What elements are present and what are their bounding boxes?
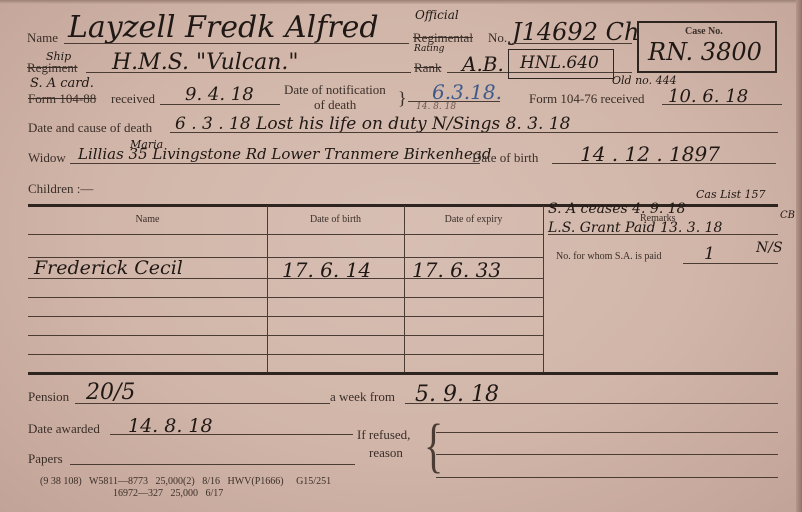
no-label: No. [488, 30, 507, 46]
official-annotation: Official [415, 8, 459, 22]
col-divider-3 [543, 206, 544, 372]
reason-brace: { [424, 410, 443, 481]
regiment-underline [86, 72, 411, 73]
form-104-76-label: Form 104-76 received [529, 91, 645, 107]
pension-underline [75, 403, 330, 404]
received-label: received [111, 91, 155, 107]
name-value: Layzell Fredk Alfred [68, 10, 379, 45]
sa-paid-value: 1 [704, 244, 715, 264]
case-label: Case No. [685, 26, 723, 37]
date-awarded-label: Date awarded [28, 421, 100, 437]
widow-dob-label: Date of birth [472, 150, 538, 166]
case-value: RN. 3800 [648, 38, 762, 66]
notification-sub-value: 14. 8. 18 [416, 102, 456, 112]
remarks-cb-annotation: CB [780, 210, 795, 221]
form-104-76-underline [662, 104, 782, 105]
papers-label: Papers [28, 451, 63, 467]
pension-record-card: Name Layzell Fredk Alfred Official Regim… [0, 0, 802, 512]
form-104-88-label: Form 104-88 [28, 91, 96, 107]
col-divider-2 [404, 206, 405, 372]
reason-line-3 [436, 477, 778, 478]
child-expiry: 17. 6. 33 [412, 258, 501, 282]
table-row-rule-3 [28, 297, 543, 298]
reason-line-2 [436, 454, 778, 455]
children-label: Children :— [28, 181, 93, 197]
no-underline [512, 43, 632, 44]
sa-paid-underline [683, 263, 778, 264]
table-row-rule-4 [28, 316, 543, 317]
pension-label: Pension [28, 389, 69, 405]
death-label: Date and cause of death [28, 120, 152, 136]
name-label: Name [27, 30, 58, 46]
notification-label-1: Date of notification [284, 82, 386, 98]
notification-brace: } [398, 88, 407, 109]
card-right-edge [796, 0, 802, 512]
table-row-rule-6 [28, 354, 543, 355]
table-header-rule [28, 234, 543, 235]
table-bottom-rule [28, 372, 778, 375]
sa-paid-annotation: N/S [756, 240, 783, 256]
print-code-line-1: (9 38 108) W5811—8773 25,000(2) 8/16 HWV… [40, 476, 331, 487]
service-no-value: J14692 Ch [512, 18, 639, 46]
child-name: Frederick Cecil [34, 257, 183, 279]
col-divider-1 [267, 206, 268, 372]
remarks-line-1: S. A ceases 4. 9. 18 [548, 201, 686, 217]
week-from-underline [405, 403, 778, 404]
widow-dob-underline [552, 163, 776, 164]
name-underline [64, 43, 409, 44]
reason-label: reason [369, 445, 403, 461]
rank-box-value: HNL.640 [520, 53, 599, 73]
if-refused-label: If refused, [357, 427, 410, 443]
form-received-value: 9. 4. 18 [185, 84, 254, 105]
rank-label: Rank [414, 60, 441, 76]
cas-list-annotation: Cas List 157 [696, 188, 766, 201]
date-awarded-underline [110, 434, 353, 435]
week-from-label: a week from [330, 389, 395, 405]
col-header-dob: Date of birth [267, 214, 404, 225]
widow-value: Lillias 35 Livingstone Rd Lower Tranmere… [78, 145, 491, 163]
remarks-underline [548, 234, 778, 235]
sa-card-annotation: S. A card. [30, 76, 94, 91]
notification-label-2: of death [314, 97, 356, 113]
form-received-underline [160, 104, 280, 105]
regiment-label: Regiment [27, 60, 78, 76]
col-header-expiry: Date of expiry [404, 214, 543, 225]
pension-value: 20/5 [86, 380, 135, 405]
rating-annotation: Rating [414, 44, 444, 54]
col-header-name: Name [28, 214, 267, 225]
widow-underline [70, 163, 480, 164]
death-underline [170, 132, 778, 133]
sa-paid-label: No. for whom S.A. is paid [556, 251, 662, 262]
print-code-line-2: 16972—327 25,000 6/17 [113, 488, 223, 499]
notification-underline [408, 101, 500, 102]
child-dob: 17. 6. 14 [282, 258, 371, 282]
old-number: Old no. 444 [612, 74, 677, 87]
papers-underline [70, 464, 355, 465]
card-top-edge [0, 0, 802, 4]
death-value: 6 . 3 . 18 Lost his life on duty N/Sings… [175, 114, 571, 134]
widow-label: Widow [28, 150, 66, 166]
table-row-rule-5 [28, 335, 543, 336]
reason-line-1 [436, 432, 778, 433]
